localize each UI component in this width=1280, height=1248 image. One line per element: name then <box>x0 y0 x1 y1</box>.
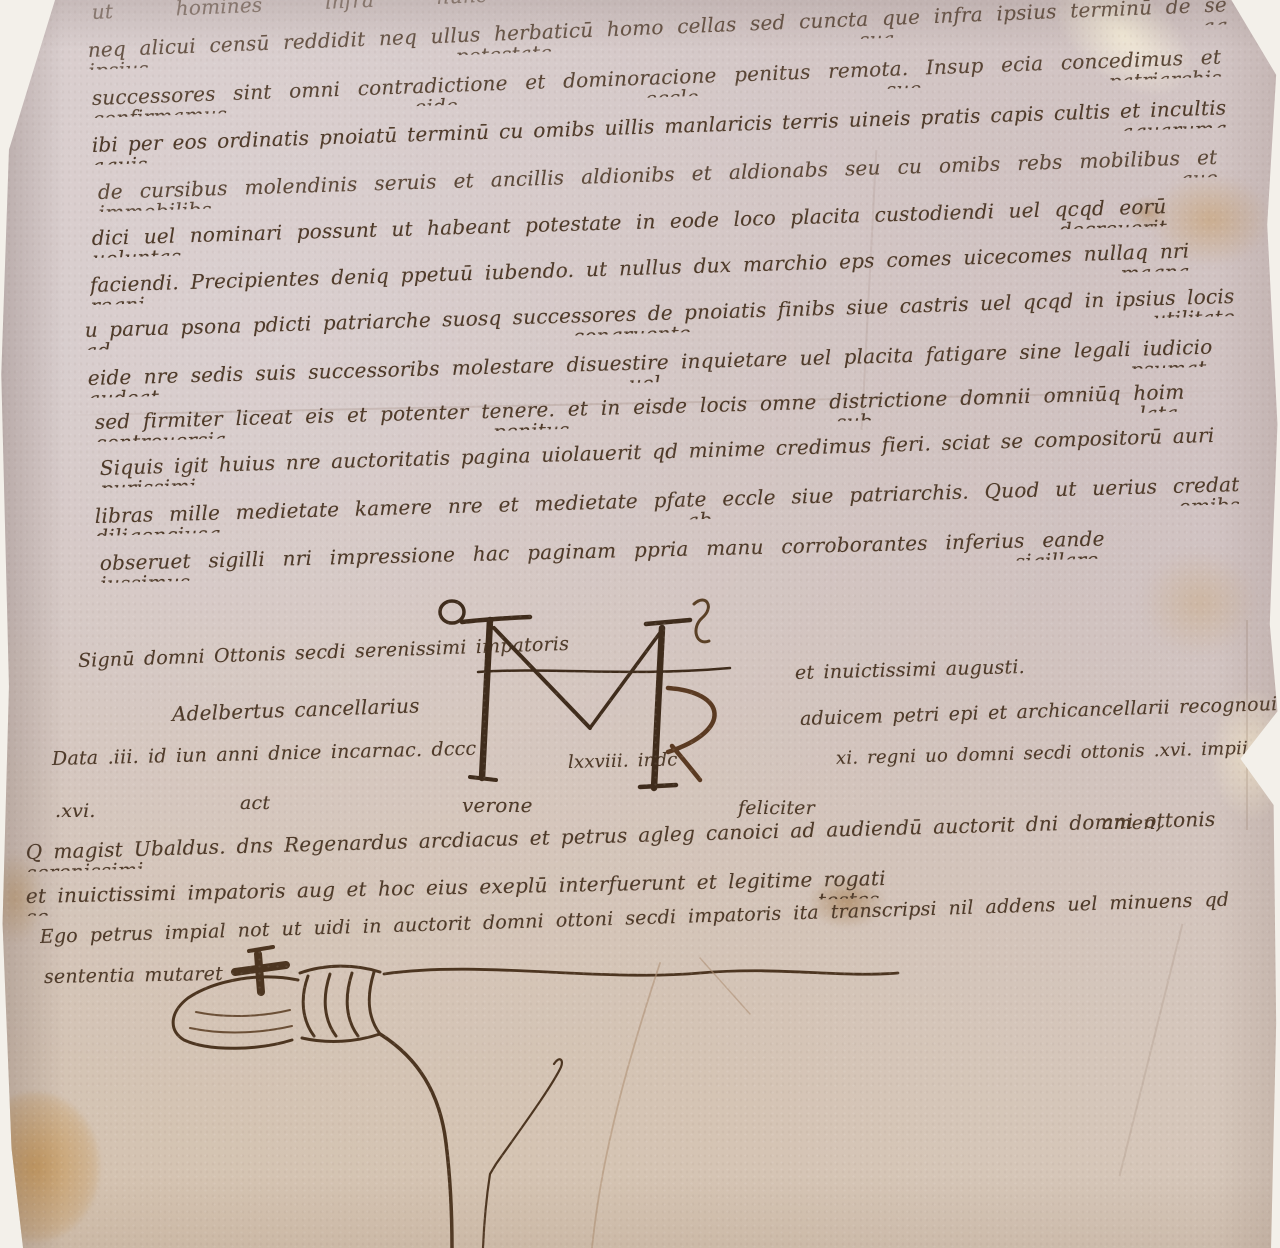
monogram-right-post <box>640 600 715 788</box>
finger-hatching <box>300 966 380 1041</box>
photo-background: ut homines infra hunc terminū habitantes… <box>0 0 1280 1248</box>
monogram-left-post <box>440 601 530 780</box>
actum-word: act <box>240 792 270 814</box>
body-line: obseruet sigilli nri impressione hac pag… <box>100 528 1105 583</box>
actum-place: verone <box>462 793 533 817</box>
monogram-diagonals <box>478 628 730 728</box>
crease-line <box>1246 620 1248 830</box>
parchment: ut homines infra hunc terminū habitantes… <box>0 0 1280 1248</box>
otto-monogram-graphic <box>428 580 748 795</box>
datum-line-right: xi. regni uo domni secdi ottonis .xvi. i… <box>836 736 1280 769</box>
datum-line-left: Data .iii. id iun anni dnice incarnac. d… <box>52 738 477 770</box>
actum-year: .xvi. <box>55 800 96 822</box>
witness-line: Q magist Ubaldus. dns Regenardus arcdiac… <box>26 809 1216 872</box>
body-line: libras mille medietate kamere nre et med… <box>95 474 1240 536</box>
signum-line-right: et inuictissimi augusti. <box>795 656 1025 684</box>
fist <box>173 977 298 1048</box>
actum-feliciter: feliciter <box>738 797 815 819</box>
crease-line <box>861 150 878 430</box>
cross-icon <box>235 947 286 992</box>
stain <box>1140 548 1260 658</box>
chancellor-line-left: Adelbertus cancellarius <box>172 693 420 726</box>
stain <box>0 1092 100 1242</box>
arm-lines <box>380 969 898 1248</box>
crease-line <box>1119 924 1184 1177</box>
chancellor-line-right: aduicem petri epi et archicancellarii re… <box>800 691 1280 730</box>
crease-scratches <box>592 958 750 1248</box>
notary-hand-drawing <box>140 918 940 1248</box>
